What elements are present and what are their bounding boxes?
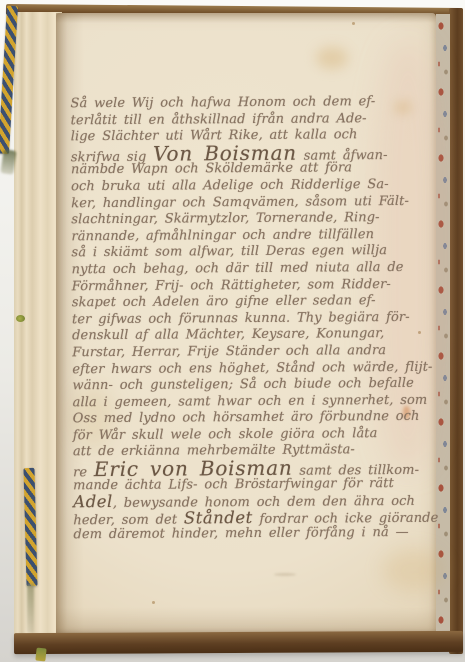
manuscript-segment: mande ächta Lifs- och Bröstarfwingar för…	[73, 476, 394, 493]
manuscript-segment: för Wår skull wele och skole giöra och l…	[73, 426, 378, 443]
manuscript-segment: ker, handlingar och Samqvämen, såsom uti…	[71, 193, 409, 210]
manuscript-segment: ter gifwas och förunnas kunna. Thy begiä…	[72, 310, 410, 327]
manuscript-line: dem däremot hinder, mehn eller förfång i…	[73, 525, 427, 544]
manuscript-segment: Ståndet	[184, 508, 253, 527]
bookmark-ribbon-tail	[27, 584, 34, 632]
paper-stain	[316, 47, 348, 69]
manuscript-segment: wänn- och gunsteligen; Så och biude och …	[72, 376, 414, 393]
manuscript-segment: Förmåhner, Frij- och Rättigheter, som Ri…	[72, 277, 391, 294]
manuscript-text: Så wele Wij och hafwa Honom och dem ef-t…	[70, 94, 427, 544]
manuscript-segment: efter hwars och ens höghet, Stånd och wä…	[72, 359, 432, 377]
manuscript-segment: Furstar, Herrar, Frije Ständer och alla …	[72, 343, 386, 360]
manuscript-segment: terlåtit till en åthskillnad ifrån andra…	[71, 111, 367, 128]
manuscript-page: Så wele Wij och hafwa Honom och dem ef-t…	[56, 13, 436, 635]
manuscript-segment: nämbde Wapn och Sköldemärke att föra	[71, 161, 352, 178]
book-cover-right-edge	[449, 8, 463, 654]
manuscript-segment: och bruka uti alla Adelige och Ridderlig…	[71, 177, 389, 194]
photo-scene: Så wele Wij och hafwa Honom och dem ef-t…	[0, 0, 465, 662]
manuscript-segment: Så wele Wij och hafwa Honom och dem ef-	[70, 94, 375, 111]
book-cover-bottom-edge	[14, 631, 463, 654]
manuscript-segment: så i skiämt som alfwar, till Deras egen …	[71, 243, 387, 260]
manuscript-segment: denskull af alla Mächter, Keysare, Konun…	[72, 326, 384, 343]
manuscript-segment: rännande, afmåhlningar och andre tillfäl…	[71, 227, 374, 244]
manuscript-segment: skapet och Adelen äro gifne eller sedan …	[72, 293, 376, 310]
foxing-spot	[352, 22, 355, 25]
manuscript-line: skrifwa sig Von Boisman samt åfwan-	[71, 144, 425, 163]
manuscript-segment: slachtningar, Skärmytzlor, Tornerande, R…	[71, 210, 379, 227]
manuscript-line: Så wele Wij och hafwa Honom och dem ef-	[70, 94, 424, 113]
manuscript-segment: dem däremot hinder, mehn eller förfång i…	[73, 525, 408, 542]
manuscript-segment: nytta och behag, och där till med niuta …	[72, 260, 404, 277]
foxing-spot	[152, 601, 155, 604]
show-through-smudge	[274, 573, 296, 576]
endband-tab	[35, 648, 46, 662]
manuscript-line: för Wår skull wele och skole giöra och l…	[73, 426, 427, 445]
page-stack-left-edges	[14, 12, 62, 634]
paper-stain	[382, 549, 444, 591]
manuscript-segment: Adel	[73, 492, 113, 511]
sewing-thread-knot	[16, 315, 25, 322]
page-top-crease	[56, 13, 436, 23]
manuscript-segment: alla i gemeen, samt hwar och en i synner…	[73, 392, 428, 409]
manuscript-segment: Oss med lydno och hörsamhet äro förbundn…	[73, 409, 420, 426]
